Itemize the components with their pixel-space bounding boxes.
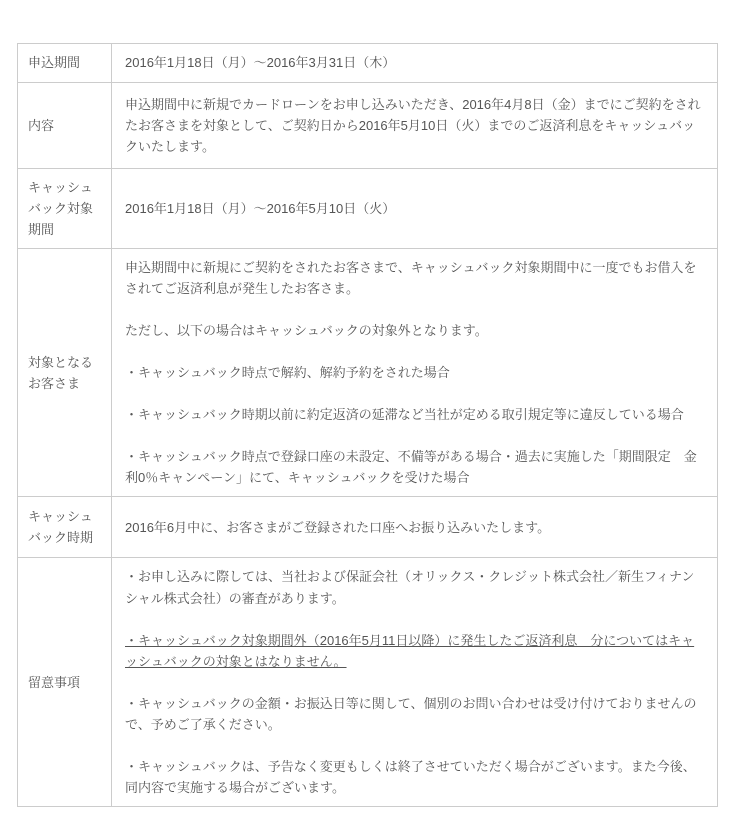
table-row-notes: 留意事項 ・お申し込みに際しては、当社および保証会社（オリックス・クレジット株式… (18, 558, 718, 806)
value-paragraph-bullet: ・お申し込みに際しては、当社および保証会社（オリックス・クレジット株式会社／新生… (125, 566, 705, 608)
row-label-eligible-customers: 対象となるお客さま (18, 249, 112, 497)
value-paragraph: 申込期間中に新規でカードローンをお申し込みいただき、2016年4月8日（金）まで… (125, 94, 705, 157)
value-paragraph-bullet: ・キャッシュバックは、予告なく変更もしくは終了させていただく場合がございます。ま… (125, 756, 705, 798)
table-row-description: 内容 申込期間中に新規でカードローンをお申し込みいただき、2016年4月8日（金… (18, 83, 718, 169)
value-paragraph: 2016年1月18日（月）〜2016年5月10日（火） (125, 198, 705, 219)
row-label-notes: 留意事項 (18, 558, 112, 806)
value-paragraph: 2016年1月18日（月）〜2016年3月31日（木） (125, 52, 705, 73)
value-paragraph-bullet: ・キャッシュバック時点で登録口座の未設定、不備等がある場合・過去に実施した「期間… (125, 446, 705, 488)
value-paragraph-bullet: ・キャッシュバックの金額・お振込日等に関して、個別のお問い合わせは受け付けており… (125, 693, 705, 735)
table-row-cashback-target-period: キャッシュバック対象期間 2016年1月18日（月）〜2016年5月10日（火） (18, 169, 718, 249)
row-label-cashback-timing: キャッシュバック時期 (18, 497, 112, 558)
row-label-application-period: 申込期間 (18, 44, 112, 83)
row-label-cashback-target-period: キャッシュバック対象期間 (18, 169, 112, 249)
campaign-terms-table: 申込期間 2016年1月18日（月）〜2016年3月31日（木） 内容 申込期間… (17, 43, 718, 807)
row-value-notes: ・お申し込みに際しては、当社および保証会社（オリックス・クレジット株式会社／新生… (112, 558, 718, 806)
row-value-cashback-timing: 2016年6月中に、お客さまがご登録された口座へお振り込みいたします。 (112, 497, 718, 558)
table-row-eligible-customers: 対象となるお客さま 申込期間中に新規にご契約をされたお客さまで、キャッシュバック… (18, 249, 718, 497)
row-value-eligible-customers: 申込期間中に新規にご契約をされたお客さまで、キャッシュバック対象期間中に一度でも… (112, 249, 718, 497)
value-paragraph-bullet: ・キャッシュバック時点で解約、解約予約をされた場合 (125, 362, 705, 383)
value-paragraph: 2016年6月中に、お客さまがご登録された口座へお振り込みいたします。 (125, 517, 705, 538)
value-paragraph-bullet-underlined: ・キャッシュバック対象期間外（2016年5月11日以降）に発生したご返済利息 分… (125, 630, 705, 672)
table-row-application-period: 申込期間 2016年1月18日（月）〜2016年3月31日（木） (18, 44, 718, 83)
row-value-cashback-target-period: 2016年1月18日（月）〜2016年5月10日（火） (112, 169, 718, 249)
table-row-cashback-timing: キャッシュバック時期 2016年6月中に、お客さまがご登録された口座へお振り込み… (18, 497, 718, 558)
row-label-description: 内容 (18, 83, 112, 169)
value-paragraph: 申込期間中に新規にご契約をされたお客さまで、キャッシュバック対象期間中に一度でも… (125, 257, 705, 299)
row-value-description: 申込期間中に新規でカードローンをお申し込みいただき、2016年4月8日（金）まで… (112, 83, 718, 169)
value-paragraph-bullet: ・キャッシュバック時期以前に約定返済の延滞など当社が定める取引規定等に違反してい… (125, 404, 705, 425)
value-paragraph: ただし、以下の場合はキャッシュバックの対象外となります。 (125, 320, 705, 341)
campaign-terms-section: 申込期間 2016年1月18日（月）〜2016年3月31日（木） 内容 申込期間… (0, 0, 740, 807)
row-value-application-period: 2016年1月18日（月）〜2016年3月31日（木） (112, 44, 718, 83)
